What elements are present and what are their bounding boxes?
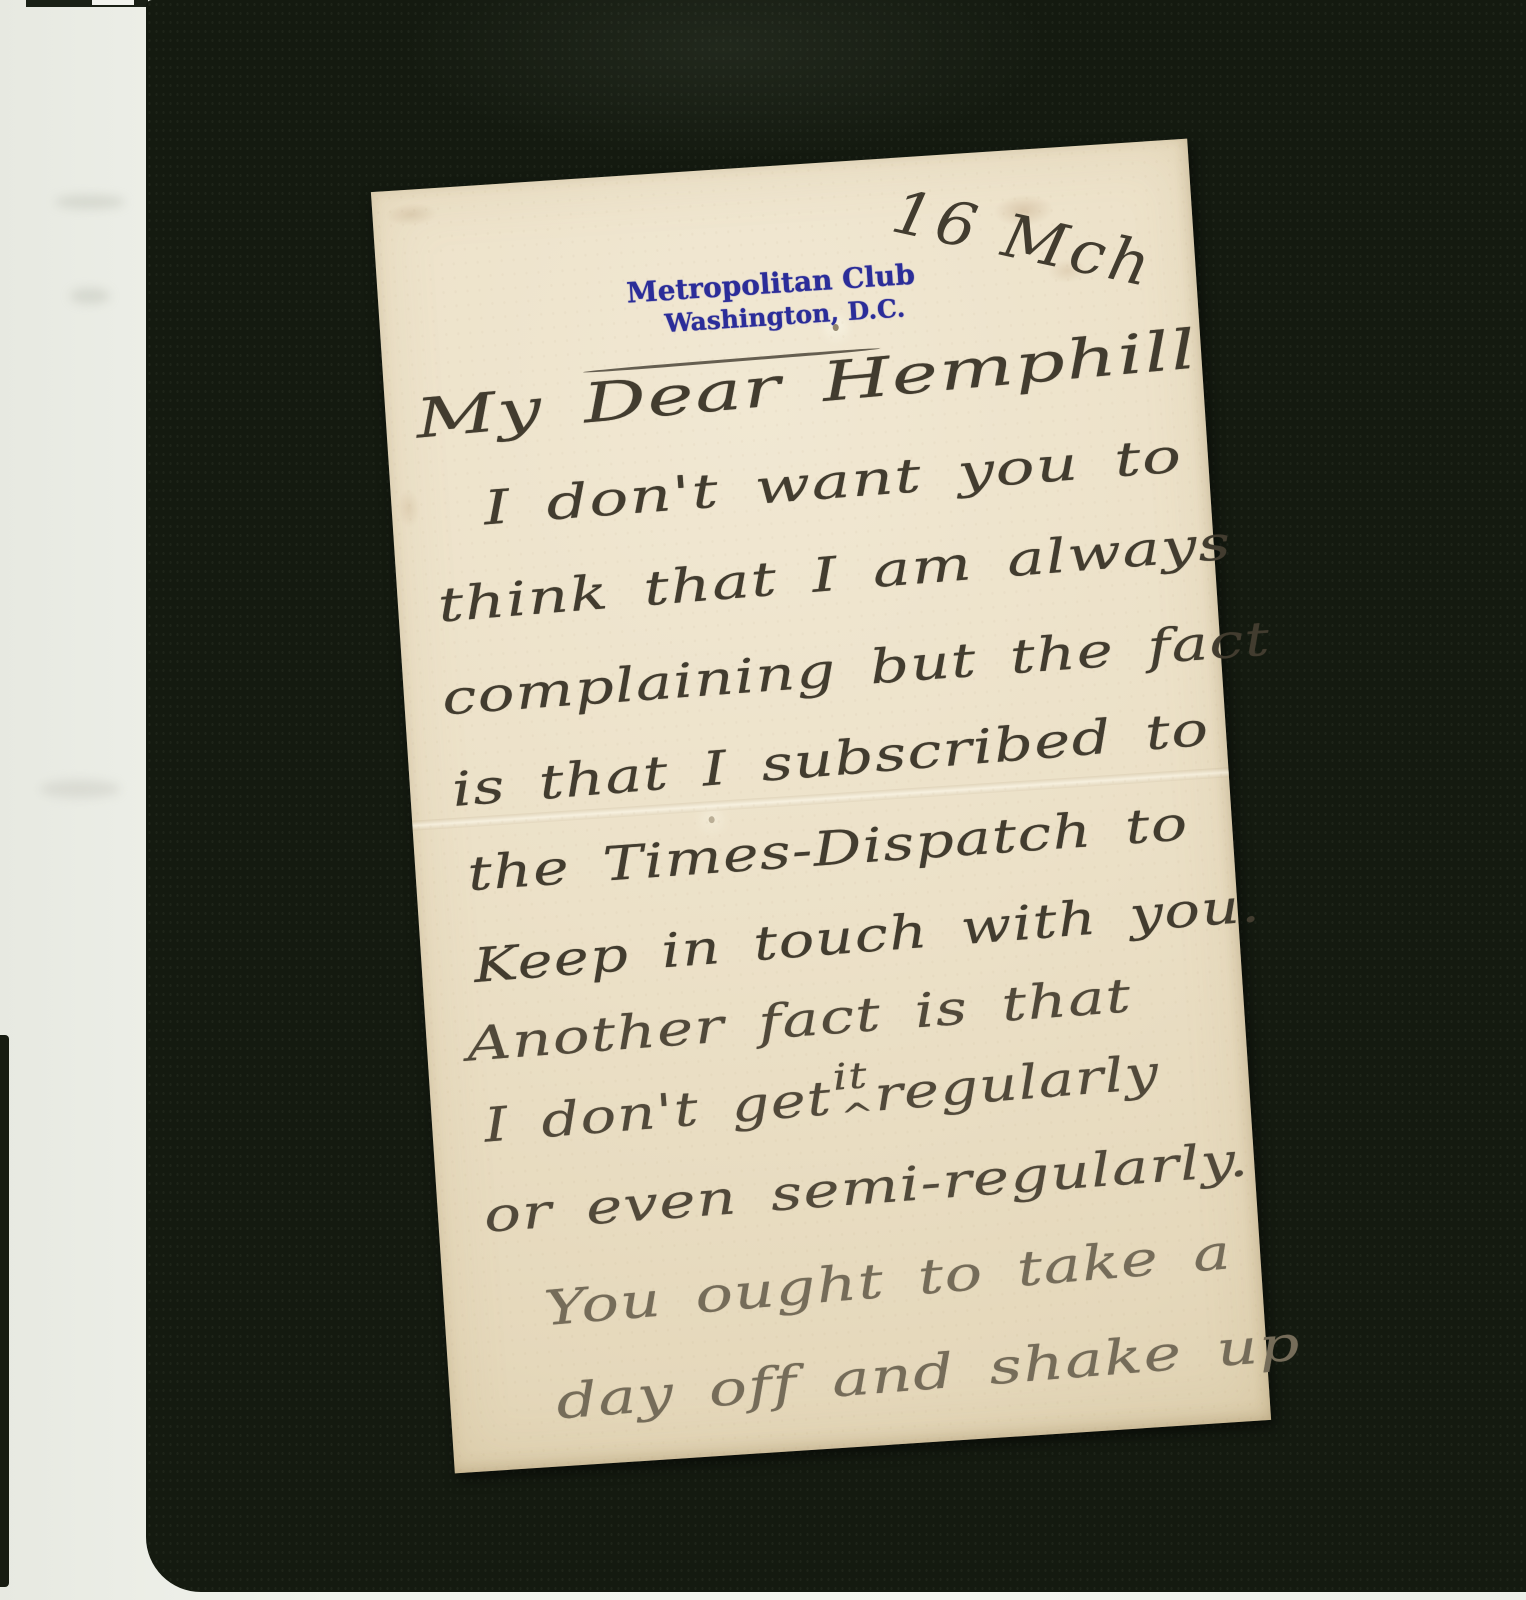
scanner-smudge	[70, 288, 110, 304]
insertion-caret: ^	[839, 1095, 877, 1136]
letter-line: Keep in touch with you.	[472, 878, 1263, 994]
scan-edge-shadow	[0, 1035, 9, 1587]
letter-paper: Metropolitan Club Washington, D.C. 16 Mc…	[371, 139, 1271, 1474]
foxing-stain	[376, 197, 448, 232]
letter-line: day off and shake up	[554, 1315, 1303, 1430]
foxing-stain	[392, 481, 425, 535]
scanner-bed-notch	[92, 0, 134, 5]
scanner-smudge	[40, 780, 120, 798]
letterhead: Metropolitan Club Washington, D.C.	[605, 257, 938, 342]
insertion: it^	[832, 1101, 875, 1114]
line-post-text: regularly	[872, 1045, 1161, 1122]
scanned-letter-photo: Metropolitan Club Washington, D.C. 16 Mc…	[0, 0, 1526, 1600]
letter-line-salutation: My Dear Hemphill	[413, 317, 1200, 450]
scanner-smudge	[55, 195, 125, 209]
line-pre-text: I don't get	[482, 1071, 834, 1153]
letter-line: I don't want you to	[482, 428, 1185, 536]
pinhole-dimple	[708, 816, 714, 823]
letter-line: think that I am always	[436, 516, 1234, 634]
letter-line: You ought to take a	[542, 1224, 1234, 1337]
letter-line: or even semi-regularly.	[482, 1132, 1251, 1244]
inserted-word: it	[831, 1055, 869, 1099]
